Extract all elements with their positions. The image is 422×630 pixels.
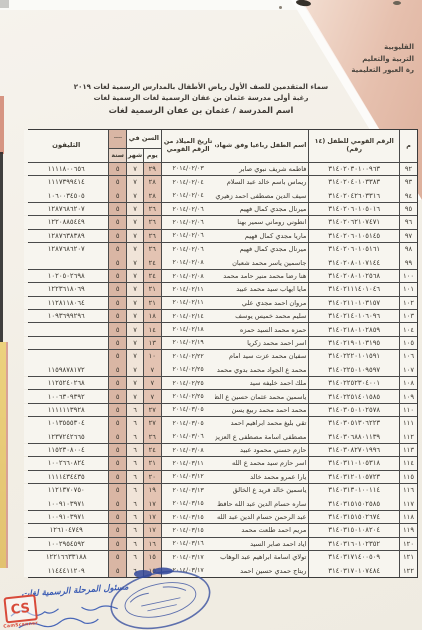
cell-dob: ٢٠١٤/٠٢/٠٦ xyxy=(162,203,215,216)
table-row: ١١٨٣١٤٠٣١٥١٥٠٢٦٧٤عبد الرحمن حسام الدين ع… xyxy=(29,511,417,524)
cell-index: ١١٢ xyxy=(400,430,417,443)
cell-day: ٧ xyxy=(144,363,161,376)
cell-day: ٧ xyxy=(144,377,161,390)
cell-national-id: ٣١٤٠٣١١٠١٠٥٣١٨ xyxy=(309,457,399,470)
col-header-age-note: ----- xyxy=(109,130,126,148)
scan-corner-artifact xyxy=(0,0,9,8)
cell-day: ١٤ xyxy=(144,323,161,336)
cell-national-id: ٣١٤٠٢٠٤٠١٠٣٣٨٣ xyxy=(309,176,399,189)
table-header: م الرقم القومي للطفل (١٤ رقم) اسم الطفل … xyxy=(29,130,417,162)
col-header-month: شهر xyxy=(127,149,143,162)
cell-national-id: ٣١٤٠٢٢٥٠١٠٩٥٩٧ xyxy=(309,363,399,376)
cell-national-id: ٣١٤٠٢١٩٠١٠٣١٩٥ xyxy=(309,337,399,350)
cell-day: ٢٦ xyxy=(144,203,161,216)
cell-national-id: ٣١٤٠٢٢٢٠١٠١٥٩١ xyxy=(309,350,399,363)
cell-national-id: ٣١٤٠٣١٢٠١٠٥٧٢٣ xyxy=(309,471,399,484)
camscanner-logo-icon: CS xyxy=(3,594,38,623)
cell-index: ١٠٨ xyxy=(400,377,417,390)
cell-national-id: ٣١٤٠٢١١١٤٠١٠٤٦ xyxy=(309,283,399,296)
cell-index: ١٠٠ xyxy=(400,270,417,283)
cell-dob: ٢٠١٤/٠٣/١٢ xyxy=(162,471,215,484)
cell-month: ٦ xyxy=(127,417,143,430)
cell-name: تولاي اسامة ابراهيم عبد الوهاب xyxy=(215,551,308,564)
cell-name: ريماس باسم خالد عبد السلام xyxy=(215,176,308,189)
cell-year: ٥ xyxy=(109,310,126,323)
table-row: ١٢٠٣١٤٠٣١٦٠١٠٢٣٥٢اياد احمد صابر السيد٢٠١… xyxy=(29,538,417,551)
document-title-block: سماء المتقدمين للصف الأول رياض الأطفال ب… xyxy=(56,82,346,117)
cell-phone: ١٠٠٢٩٥٤٥٩٢ xyxy=(24,538,108,551)
cell-national-id: ٣١٤٠٣٠٥١٣٠٦٢٢٣ xyxy=(309,417,399,430)
cell-dob: ٢٠١٤/٠٣/١٦ xyxy=(162,538,215,551)
table-row: ١٢١٣١٤٠٣١٧١٤٠٠٥٠٩تولاي اسامة ابراهيم عبد… xyxy=(29,551,417,564)
cell-phone xyxy=(24,256,108,269)
cell-day: ٢١ xyxy=(144,457,161,470)
cell-index: ١٢٠ xyxy=(400,538,417,551)
cell-phone: ١٢٨٧٦٨٦٢٠٧ xyxy=(24,243,108,256)
cell-index: ١٠٧ xyxy=(400,363,417,376)
cell-dob: ٢٠١٤/٠٢/٠٨ xyxy=(162,256,215,269)
cell-national-id: ٣١٤٠٣١٣٠١٠٠١١٤ xyxy=(309,484,399,497)
cell-dob: ٢٠١٤/٠٣/٠٦ xyxy=(162,430,215,443)
cell-index: ١٢٢ xyxy=(400,564,417,577)
cell-national-id: ٣١٤٠٢٠٨٠١٠٢٥٦٨ xyxy=(309,270,399,283)
cell-year: ٥ xyxy=(109,390,126,403)
oval-stamp xyxy=(105,566,215,630)
cell-phone: ١٠٩٣٦٩٩٢٩٦ xyxy=(24,310,108,323)
cell-year: ٥ xyxy=(109,457,126,470)
cell-phone: ١٠٠٦٣٠٩٣٩٢ xyxy=(24,390,108,403)
cell-year: ٥ xyxy=(109,350,126,363)
cell-dob: ٢٠١٤/٠٢/٠٦ xyxy=(162,216,215,229)
cell-phone: ١١٥٩٨٧٨١٧٢ xyxy=(24,363,108,376)
letterhead-directorate: التربية والتعليم xyxy=(294,54,414,66)
table-row: ١٠١٣١٤٠٢١١١٤٠١٠٤٦مايا ايهاب سيد محمد عبي… xyxy=(29,283,417,296)
cell-index: ١١٩ xyxy=(400,524,417,537)
cell-dob: ٢٠١٤/٠٣/١١ xyxy=(162,457,215,470)
table-row: ١١٤٣١٤٠٣١١٠١٠٥٣١٨اسر حازم سيد محمد ع الل… xyxy=(29,457,417,470)
table-row: ١٠٩٣١٤٠٢٢٥١٤٠١٥٨٥ياسمين محمد عثمان حسين … xyxy=(29,390,417,403)
cell-national-id: ٣١٤٠٣١٦٠١٠٢٣٥٢ xyxy=(309,538,399,551)
cell-day: ٧ xyxy=(144,390,161,403)
cell-national-id: ٣١٤٠٢٠٤٢٦٠٣٣١٦ xyxy=(309,189,399,202)
cell-dob: ٢٠١٤/٠٣/١٥ xyxy=(162,497,215,510)
cell-phone xyxy=(24,323,108,336)
table-row: ١١٣٣١٤٠٣٠٨٢٧٠١٩٩٦حازم حسني محمود عبيد٢٠١… xyxy=(29,444,417,457)
cell-phone: ١١٤٤٤١١٢٠٩ xyxy=(24,564,108,577)
table-row: ١٠٦٣١٤٠٢٢٢٠١٠١٥٩١سفيان محمد عزت سيد امام… xyxy=(29,350,417,363)
table-row: ١١٢٣١٤٠٣٠٦٨٨٠١١٣٩مصطفى اسامة مصطفى ع الع… xyxy=(29,430,417,443)
table-row: ١٠٥٣١٤٠٢١٩٠١٠٣١٩٥اسر احمد محمد زكريا٢٠١٤… xyxy=(29,337,417,350)
cell-year: ٥ xyxy=(109,163,126,176)
col-header-day: يوم xyxy=(144,149,161,162)
table-row: ١٠٨٣١٤٠٢٢٥٢٣٠٤٠٠١ملك احمد خليفه سيد٢٠١٤/… xyxy=(29,377,417,390)
cell-national-id: ٣١٤٠٢١٤٠١٠٦٠٩٦ xyxy=(309,310,399,323)
cell-name: مريم احمد طلعت محمد xyxy=(215,524,308,537)
cell-day: ١٠ xyxy=(144,350,161,363)
cell-month: ٧ xyxy=(127,310,143,323)
table-row: ١٠٠٣١٤٠٢٠٨٠١٠٢٥٦٨هنا رضا محمد منير حامد … xyxy=(29,270,417,283)
cell-year: ٥ xyxy=(109,256,126,269)
cell-index: ١١٥ xyxy=(400,471,417,484)
cell-dob: ٢٠١٤/٠٢/٠٨ xyxy=(162,270,215,283)
cell-index: ٩٣ xyxy=(400,176,417,189)
cell-year: ٥ xyxy=(109,176,126,189)
cell-name: عبد الرحمن حسام الدين عبد الله حافظ xyxy=(215,511,308,524)
cell-national-id: ٣١٤٠٢٠٨٠١٠٧١٤٤ xyxy=(309,256,399,269)
cell-index: ١٠٢ xyxy=(400,297,417,310)
cell-dob: ٢٠١٤/٠٢/٢٥ xyxy=(162,363,215,376)
cell-index: ١٠١ xyxy=(400,283,417,296)
title-line-1: سماء المتقدمين للصف الأول رياض الأطفال ب… xyxy=(56,82,346,93)
cell-name: مصطفى اسامة مصطفى ع العزيز xyxy=(215,430,308,443)
cell-day: ١٨ xyxy=(144,310,161,323)
cell-dob: ٢٠١٤/٠٣/٠٥ xyxy=(162,404,215,417)
cell-year: ٥ xyxy=(109,538,126,551)
cell-phone: ١١١١١١٣٩٢٨ xyxy=(24,404,108,417)
cell-phone: ١٢٢٣٦١٨٠٦٩ xyxy=(24,283,108,296)
col-header-dob: تاريخ الميلاد من الرقم القومي xyxy=(162,130,215,162)
cell-name: ميرنال مجدي كمال فهيم xyxy=(215,203,308,216)
table-row: ١١٥٣١٤٠٣١٢٠١٠٥٧٢٣يارا عمرو محمد خالد٢٠١٤… xyxy=(29,471,417,484)
cell-index: ١٢١ xyxy=(400,551,417,564)
cell-day: ٢٦ xyxy=(144,230,161,243)
cell-day: ٢٧ xyxy=(144,404,161,417)
letterhead-governorate: القليوبية xyxy=(294,42,414,54)
cell-index: ٩٧ xyxy=(400,230,417,243)
cell-month: ٦ xyxy=(127,497,143,510)
cell-dob: ٢٠١٤/٠٣/١٥ xyxy=(162,524,215,537)
cell-index: ٩٨ xyxy=(400,243,417,256)
col-header-age-in: السن في xyxy=(127,130,161,148)
cell-phone: ١١٢١٣٧٠٧٥٠ xyxy=(24,484,108,497)
col-header-name: اسم الطفل رباعيا وفق شهادة الميلاد xyxy=(215,130,308,162)
scan-edge-red-strip xyxy=(0,96,4,154)
cell-index: ١١٦ xyxy=(400,484,417,497)
cell-year: ٥ xyxy=(109,471,126,484)
cell-index: ١١٣ xyxy=(400,444,417,457)
cell-index: ٩٥ xyxy=(400,203,417,216)
cell-year: ٥ xyxy=(109,524,126,537)
cell-national-id: ٣١٤٠٣١٥٠١٠٨٢٠٤ xyxy=(309,524,399,537)
col-header-index: م xyxy=(400,130,417,162)
applicants-table: م الرقم القومي للطفل (١٤ رقم) اسم الطفل … xyxy=(28,129,418,578)
cell-month: ٧ xyxy=(127,243,143,256)
scanned-document-page: القليوبية التربية والتعليم رة العبور الت… xyxy=(0,0,422,630)
table-row: ١٠٧٣١٤٠٢٢٥٠١٠٩٥٩٧محمد ع الجواد محمد بدوي… xyxy=(29,363,417,376)
cell-dob: ٢٠١٤/٠٢/٠٦ xyxy=(162,243,215,256)
cell-dob: ٢٠١٤/٠٢/١٨ xyxy=(162,323,215,336)
ink-dot xyxy=(279,6,282,9)
table-row: ١٢٢٣١٤٠٣١٧٠١٠٧٤٨٤ريتاج حمدي حسين احمد٢٠١… xyxy=(29,564,417,577)
cell-phone: ١١١١٤٣٤٤٣٥ xyxy=(24,471,108,484)
cell-index: ١١٤ xyxy=(400,457,417,470)
cell-national-id: ٣١٤٠٢٢٥٢٣٠٤٠٠١ xyxy=(309,377,399,390)
cell-day: ٢٦ xyxy=(144,430,161,443)
cell-day: ٢١ xyxy=(144,297,161,310)
cell-year: ٥ xyxy=(109,283,126,296)
scan-edge-red-line xyxy=(6,342,8,568)
cell-dob: ٢٠١٤/٠٣/١٥ xyxy=(162,511,215,524)
cell-name: ملك احمد خليفه سيد xyxy=(215,377,308,390)
table-row: ٩٩٣١٤٠٢٠٨٠١٠٧١٤٤جاسمين ياسر محمد شعبان٢٠… xyxy=(29,256,417,269)
cell-index: ١١٨ xyxy=(400,511,417,524)
cell-name: اسر احمد محمد زكريا xyxy=(215,337,308,350)
cell-index: ١١١ xyxy=(400,417,417,430)
table-row: ١٠٢٣١٤٠٢١١٠١٠٣١٥٧مروان احمد مجدي علي٢٠١٤… xyxy=(29,297,417,310)
cell-index: ١١٠ xyxy=(400,404,417,417)
table-row: ١١٧٣١٤٠٣١٥١٥٠٢٥٨٥ساره حسام الدين عبد الل… xyxy=(29,497,417,510)
cell-dob: ٢٠١٤/٠٣/١٣ xyxy=(162,484,215,497)
cell-month: ٧ xyxy=(127,216,143,229)
cell-name: محمد ع الجواد محمد بدوي محمد xyxy=(215,363,308,376)
cell-index: ١٠٦ xyxy=(400,350,417,363)
cell-national-id: ٣١٤٠٣٠٨٢٧٠١٩٩٦ xyxy=(309,444,399,457)
cell-index: ١٠٣ xyxy=(400,310,417,323)
cell-day: ٢٨ xyxy=(144,176,161,189)
table-row: ٩٢٣١٤٠٢٠٣٠١٠٠٩٦٣فاطمه شريف نبوي صابر٢٠١٤… xyxy=(29,163,417,176)
cell-year: ٥ xyxy=(109,189,126,202)
cell-name: هنا رضا محمد منير حامد محمد xyxy=(215,270,308,283)
table-row: ٩٧٣١٤٠٢٠٦٠١٠٥١٤٥ماريا مجدي كمال فهيم٢٠١٤… xyxy=(29,230,417,243)
letterhead-administration: رة العبور التعليمية xyxy=(294,65,414,77)
cell-month: ٦ xyxy=(127,444,143,457)
school-name-line: اسم المدرسة / عثمان بن عفان الرسمية لغات xyxy=(56,104,346,117)
cell-month: ٦ xyxy=(127,551,143,564)
cell-name: ياسمين خالد فريد ع الخالق xyxy=(215,484,308,497)
camscanner-watermark: CS CamScanner xyxy=(0,594,38,629)
cell-phone: ١٠٠٩١٠٣٩٧١ xyxy=(24,497,108,510)
cell-month: ٧ xyxy=(127,256,143,269)
cell-day: ٢٤ xyxy=(144,270,161,283)
cell-name: تقي بليغ محمد ابراهيم احمد xyxy=(215,417,308,430)
scan-edge-black-strip xyxy=(0,152,3,342)
cell-phone: ١٢٢٠٨٨٥٤٤٩ xyxy=(24,216,108,229)
cell-dob: ٢٠١٤/٠٢/٠٤ xyxy=(162,189,215,202)
cell-dob: ٢٠١٤/٠٢/٠٤ xyxy=(162,176,215,189)
cell-name: فاطمه شريف نبوي صابر xyxy=(215,163,308,176)
cell-national-id: ٣١٤٠٣١٧٠١٠٧٤٨٤ xyxy=(309,564,399,577)
table-row: ١١٦٣١٤٠٣١٣٠١٠٠١١٤ياسمين خالد فريد ع الخا… xyxy=(29,484,417,497)
table-row: ٩٣٣١٤٠٢٠٤٠١٠٣٣٨٣ريماس باسم خالد عبد السل… xyxy=(29,176,417,189)
cell-day: ١٦ xyxy=(144,538,161,551)
cell-name: ياسمين محمد عثمان حسين ع الظاهر xyxy=(215,390,308,403)
cell-year: ٥ xyxy=(109,417,126,430)
cell-name: حمزه محمد السيد حمزه xyxy=(215,323,308,336)
col-header-year: سنة xyxy=(109,149,126,162)
cell-name: جاسمين ياسر محمد شعبان xyxy=(215,256,308,269)
cell-day: ١٩ xyxy=(144,484,161,497)
cell-name: ماريا مجدي كمال فهيم xyxy=(215,230,308,243)
cell-day: ١٧ xyxy=(144,497,161,510)
cell-day: ٢٤ xyxy=(144,444,161,457)
cell-phone xyxy=(24,350,108,363)
cell-dob: ٢٠١٤/٠٢/١١ xyxy=(162,297,215,310)
cell-phone: ١٢٨٧٦٨٦٢٠٧ xyxy=(24,203,108,216)
cell-day: ٢٦ xyxy=(144,216,161,229)
cell-name: ساره حسام الدين عبد الله حافظ xyxy=(215,497,308,510)
cell-dob: ٢٠١٤/٠٢/٢٥ xyxy=(162,377,215,390)
cell-year: ٥ xyxy=(109,484,126,497)
cell-year: ٥ xyxy=(109,297,126,310)
cell-index: ١٠٩ xyxy=(400,390,417,403)
cell-month: ٧ xyxy=(127,350,143,363)
cell-national-id: ٣١٤٠٢٠٦٠١٠٥٠١٦ xyxy=(309,203,399,216)
table-row: ١١٠٣١٤٠٣٠٥٠١٠٢٥٧٨محمد احمد محمد ربيع يسن… xyxy=(29,404,417,417)
cell-phone: ١١٢٨١١٨٠٦٤ xyxy=(24,297,108,310)
cell-national-id: ٣١٤٠٣١٧١٤٠٠٥٠٩ xyxy=(309,551,399,564)
cell-month: ٧ xyxy=(127,230,143,243)
cell-name: سفيان محمد عزت سيد امام xyxy=(215,350,308,363)
cell-name: ريتاج حمدي حسين احمد xyxy=(215,564,308,577)
cell-dob: ٢٠١٤/٠٢/٠٣ xyxy=(162,163,215,176)
cell-month: ٦ xyxy=(127,538,143,551)
cell-phone: ١٠٢٠٥٠٢٦٩٨ xyxy=(24,270,108,283)
title-line-2: رغبة أولى مدرسة عثمان بن عفان الرسمية لغ… xyxy=(56,93,346,104)
cell-index: ٩٩ xyxy=(400,256,417,269)
table-row: ١١٩٣١٤٠٣١٥٠١٠٨٢٠٤مريم احمد طلعت محمد٢٠١٤… xyxy=(29,524,417,537)
letterhead: القليوبية التربية والتعليم رة العبور الت… xyxy=(294,42,414,77)
cell-national-id: ٣١٤٠٣١٥١٥٠٢٥٨٥ xyxy=(309,497,399,510)
cell-national-id: ٣١٤٠٢٠٦٠١٠٥١٤٥ xyxy=(309,230,399,243)
cell-day: ٢٤ xyxy=(144,256,161,269)
cell-dob: ٢٠١٤/٠٣/١٧ xyxy=(162,551,215,564)
cell-name: اسر حازم سيد محمد ع الله xyxy=(215,457,308,470)
cell-name: محمد احمد محمد ربيع يسن xyxy=(215,404,308,417)
cell-national-id: ٣١٤٠٢٠٦٢١٠٧٤٧١ xyxy=(309,216,399,229)
cell-name: مايا ايهاب سيد محمد عبيد xyxy=(215,283,308,296)
cell-month: ٧ xyxy=(127,176,143,189)
cell-day: ٢٩ xyxy=(144,163,161,176)
cell-national-id: ٣١٤٠٢٠٦٠١٠٥١٦١ xyxy=(309,243,399,256)
cell-month: ٧ xyxy=(127,377,143,390)
cell-phone: ١٠١٣٥٥٥٣٠٤ xyxy=(24,417,108,430)
cell-day: ٢٦ xyxy=(144,243,161,256)
table-row: ٩٤٣١٤٠٢٠٤٢٦٠٣٣١٦سيف الدين مصطفى احمد زهي… xyxy=(29,189,417,202)
cell-phone: ١٠٦٠٠٣٤٥٠٥ xyxy=(24,189,108,202)
cell-national-id: ٣١٤٠٣٠٦٨٨٠١١٣٩ xyxy=(309,430,399,443)
cell-name: ميرنال مجدي كمال فهيم xyxy=(215,243,308,256)
cell-month: ٦ xyxy=(127,524,143,537)
cell-phone: ١١٢٥٢٤٠٢٦٨ xyxy=(24,377,108,390)
table-body: ٩٢٣١٤٠٢٠٣٠١٠٠٩٦٣فاطمه شريف نبوي صابر٢٠١٤… xyxy=(29,163,417,577)
cell-year: ٥ xyxy=(109,363,126,376)
cell-year: ٥ xyxy=(109,551,126,564)
cell-dob: ٢٠١٤/٠٢/١١ xyxy=(162,283,215,296)
cell-index: ٩٦ xyxy=(400,216,417,229)
cell-phone: ١٢٢١٦٦٣٣١٨٨ xyxy=(24,551,108,564)
cell-dob: ٢٠١٤/٠٢/٠٦ xyxy=(162,230,215,243)
cell-name: سيف الدين مصطفى احمد زهيري xyxy=(215,189,308,202)
table-row: ١٠٣٣١٤٠٢١٤٠١٠٦٠٩٦سليم محمد خميس يوسف٢٠١٤… xyxy=(29,310,417,323)
cell-dob: ٢٠١٤/٠٢/١٤ xyxy=(162,310,215,323)
cell-name: حازم حسني محمود عبيد xyxy=(215,444,308,457)
cell-national-id: ٣١٤٠٣٠٥٠١٠٢٥٧٨ xyxy=(309,404,399,417)
cell-dob: ٢٠١٤/٠٣/٠٥ xyxy=(162,417,215,430)
cell-day: ١٣ xyxy=(144,337,161,350)
cell-index: ٩٤ xyxy=(400,189,417,202)
cell-year: ٥ xyxy=(109,203,126,216)
cell-month: ٦ xyxy=(127,471,143,484)
cell-month: ٦ xyxy=(127,511,143,524)
table-row: ٩٨٣١٤٠٢٠٦٠١٠٥١٦١ميرنال مجدي كمال فهيم٢٠١… xyxy=(29,243,417,256)
cell-national-id: ٣١٤٠٣١٥١٥٠٢٦٧٤ xyxy=(309,511,399,524)
cell-month: ٧ xyxy=(127,163,143,176)
cell-year: ٥ xyxy=(109,323,126,336)
cell-name: سليم محمد خميس يوسف xyxy=(215,310,308,323)
ink-speck xyxy=(393,1,401,5)
cell-year: ٥ xyxy=(109,444,126,457)
cell-dob: ٢٠١٤/٠٣/٠٨ xyxy=(162,444,215,457)
cell-name: مروان احمد مجدي علي xyxy=(215,297,308,310)
cell-national-id: ٣١٤٠٢١١٠١٠٣١٥٧ xyxy=(309,297,399,310)
cell-phone: ١٢٨٧٦٣٨٣٨٩ xyxy=(24,230,108,243)
cell-index: ٩٢ xyxy=(400,163,417,176)
cell-phone: ١٢٣٧٢٤٢٦٦٥ xyxy=(24,430,108,443)
cell-phone: ١٢٦١٠٤٧٤٩ xyxy=(24,524,108,537)
cell-day: ٢٧ xyxy=(144,417,161,430)
cell-index: ١٠٤ xyxy=(400,323,417,336)
cell-year: ٥ xyxy=(109,270,126,283)
cell-name: انطوني روماني سمير بهنا xyxy=(215,216,308,229)
col-header-national-id: الرقم القومي للطفل (١٤ رقم) xyxy=(309,130,399,162)
col-header-phone: التليفون xyxy=(24,130,108,162)
cell-month: ٦ xyxy=(127,430,143,443)
cell-day: ١٧ xyxy=(144,511,161,524)
cell-index: ١٠٥ xyxy=(400,337,417,350)
cell-index: ١١٧ xyxy=(400,497,417,510)
cell-month: ٦ xyxy=(127,484,143,497)
cell-national-id: ٣١٤٠٢١٨٠١٠٢٨٥٩ xyxy=(309,323,399,336)
cell-month: ٧ xyxy=(127,323,143,336)
table-row: ١٠٤٣١٤٠٢١٨٠١٠٢٨٥٩حمزه محمد السيد حمزه٢٠١… xyxy=(29,323,417,336)
cell-day: ٢٨ xyxy=(144,189,161,202)
cell-year: ٥ xyxy=(109,216,126,229)
cell-month: ٧ xyxy=(127,283,143,296)
cell-year: ٥ xyxy=(109,337,126,350)
cell-month: ٦ xyxy=(127,404,143,417)
cell-day: ٢٠ xyxy=(144,471,161,484)
cell-phone: ١١١١٨٠٠٦٥٦ xyxy=(24,163,108,176)
cell-year: ٥ xyxy=(109,430,126,443)
cell-name: يارا عمرو محمد خالد xyxy=(215,471,308,484)
cell-month: ٧ xyxy=(127,390,143,403)
cell-month: ٧ xyxy=(127,337,143,350)
cell-phone xyxy=(24,337,108,350)
table-row: ١١١٣١٤٠٣٠٥١٣٠٦٢٢٣تقي بليغ محمد ابراهيم ا… xyxy=(29,417,417,430)
cell-month: ٧ xyxy=(127,203,143,216)
cell-month: ٧ xyxy=(127,297,143,310)
cell-phone: ١١١٧٣٩٩٤١٤ xyxy=(24,176,108,189)
cell-year: ٥ xyxy=(109,243,126,256)
cell-month: ٧ xyxy=(127,363,143,376)
cell-phone: ١١٥٢٣٠٨٠٠٤ xyxy=(24,444,108,457)
cell-month: ٧ xyxy=(127,270,143,283)
cell-dob: ٢٠١٤/٠٢/٢٢ xyxy=(162,350,215,363)
cell-day: ١٥ xyxy=(144,551,161,564)
cell-national-id: ٣١٤٠٢٢٥١٤٠١٥٨٥ xyxy=(309,390,399,403)
table-row: ٩٦٣١٤٠٢٠٦٢١٠٧٤٧١انطوني روماني سمير بهنا٢… xyxy=(29,216,417,229)
cell-month: ٦ xyxy=(127,457,143,470)
cell-dob: ٢٠١٤/٠٢/١٩ xyxy=(162,337,215,350)
cell-day: ١٧ xyxy=(144,524,161,537)
cell-dob: ٢٠١٤/٠٢/٢٥ xyxy=(162,390,215,403)
cell-year: ٥ xyxy=(109,497,126,510)
cell-day: ٢١ xyxy=(144,283,161,296)
cell-phone: ١٠٠٩١٠٣٩٧١ xyxy=(24,511,108,524)
cell-year: ٥ xyxy=(109,511,126,524)
cell-year: ٥ xyxy=(109,404,126,417)
cell-phone: ١٠٠٢٦٦٠٨٢٤ xyxy=(24,457,108,470)
